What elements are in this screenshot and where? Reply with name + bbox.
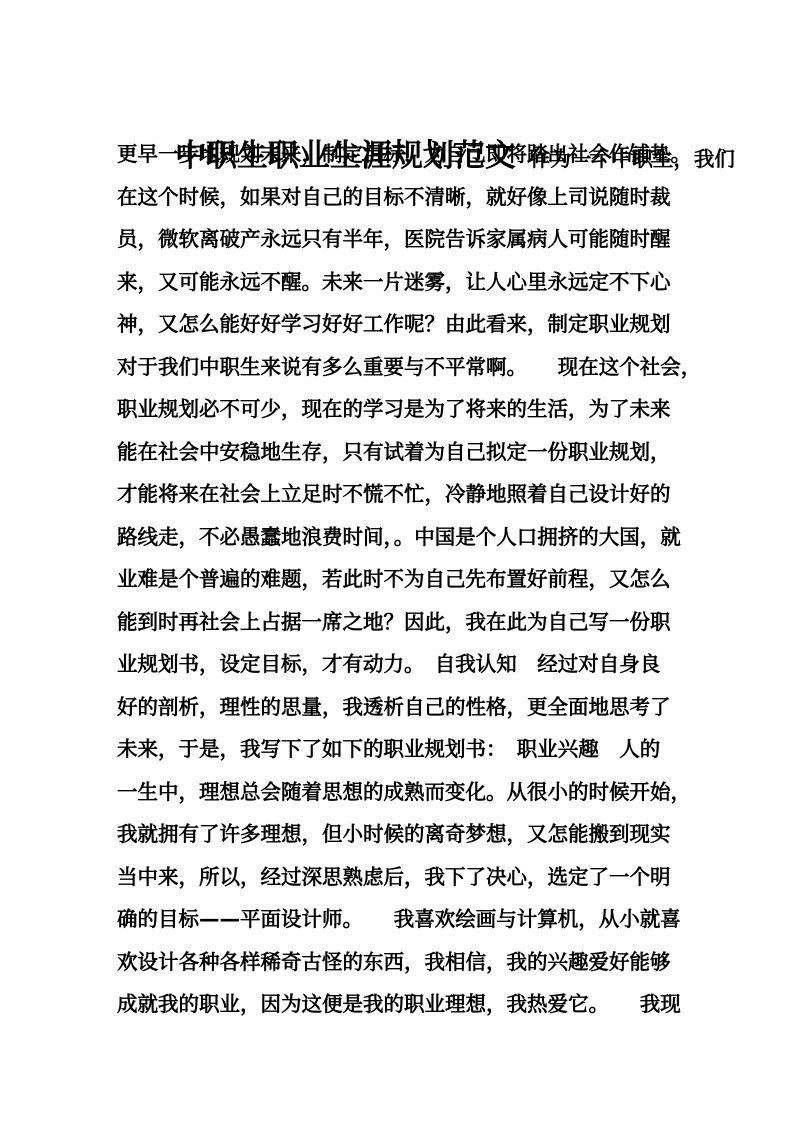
- text-line: 神，又怎么能好好学习好好工作呢？由此看来，制定职业规划: [117, 303, 717, 346]
- text-line: 路线走，不必愚蠢地浪费时间，。中国是个人口拥挤的大国，就: [117, 516, 717, 559]
- text-line: 业规划书，设定目标，才有动力。 自我认知 经过对自身良: [117, 643, 717, 686]
- text-line: 业难是个普遍的难题，若此时不为自己先布置好前程，又怎么: [117, 558, 717, 601]
- text-line: 员，微软离破产永远只有半年，医院告诉家属病人可能随时醒: [117, 218, 717, 261]
- text-line: 确的目标——平面设计师。 我喜欢绘画与计算机，从小就喜: [117, 898, 717, 941]
- text-line: 才能将来在社会上立足时不慌不忙，冷静地照着自己设计好的: [117, 473, 717, 516]
- text-line: 我就拥有了许多理想，但小时候的离奇梦想，又怎能搬到现实: [117, 813, 717, 856]
- title-line: 中职生职业生涯规划范文作为一个中职生，我们: [117, 86, 717, 133]
- text-line: 对于我们中职生来说有多么重要与不平常啊。 现在这个社会，: [117, 346, 717, 389]
- text-line: 更早一步地规划未来，制定目标，为自己即将踏出社会作铺垫。: [117, 133, 717, 176]
- text-line: 能到时再社会上占据一席之地？因此，我在此为自己写一份职: [117, 601, 717, 644]
- text-line: 职业规划必不可少，现在的学习是为了将来的生活，为了未来: [117, 388, 717, 431]
- text-line: 在这个时候，如果对自己的目标不清晰，就好像上司说随时裁: [117, 176, 717, 219]
- text-line: 当中来，所以，经过深思熟虑后，我下了决心，选定了一个明: [117, 856, 717, 899]
- document-body: 中职生职业生涯规划范文作为一个中职生，我们 更早一步地规划未来，制定目标，为自己…: [117, 86, 717, 1026]
- text-line: 一生中，理想总会随着思想的成熟而变化。从很小的时候开始，: [117, 771, 717, 814]
- text-line: 成就我的职业，因为这便是我的职业理想，我热爱它。 我现: [117, 983, 717, 1026]
- text-line: 好的剖析，理性的思量，我透析自己的性格，更全面地思考了: [117, 686, 717, 729]
- document-page: 中职生职业生涯规划范文作为一个中职生，我们 更早一步地规划未来，制定目标，为自己…: [0, 0, 793, 1122]
- paragraph: 更早一步地规划未来，制定目标，为自己即将踏出社会作铺垫。在这个时候，如果对自己的…: [117, 133, 717, 1026]
- text-line: 欢设计各种各样稀奇古怪的东西，我相信，我的兴趣爱好能够: [117, 941, 717, 984]
- text-line: 来，又可能永远不醒。未来一片迷雾，让人心里永远定不下心: [117, 261, 717, 304]
- text-line: 能在社会中安稳地生存，只有试着为自己拟定一份职业规划，: [117, 431, 717, 474]
- text-line: 未来，于是，我写下了如下的职业规划书： 职业兴趣 人的: [117, 728, 717, 771]
